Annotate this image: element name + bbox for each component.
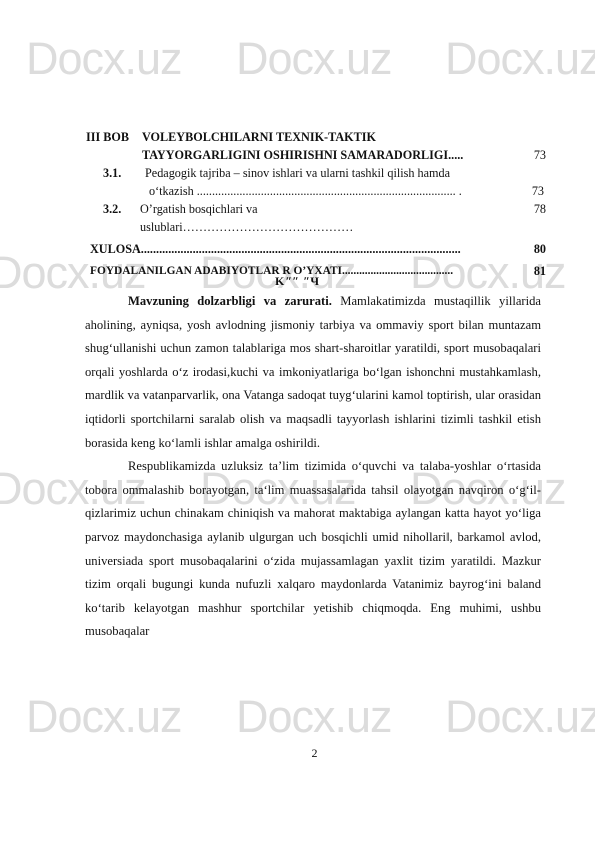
toc-page-number: 73 [532,182,544,200]
toc-section-number: 3.2. [103,200,121,218]
paragraph: Mavzuning dolzarbligi va zarurati. Mamla… [85,290,541,455]
toc-chapter-title: TAYYORGARLIGINI OSHIRISHNI SAMARADORLIGI… [142,146,463,164]
toc-page-number: 73 [534,146,546,164]
toc-section-3-2-cont[interactable]: uslublari…………………………………… [86,218,548,236]
toc-page-number: 78 [534,200,546,218]
toc-section-title: O’rgatish bosqichlari va [140,200,258,218]
paragraph-lead: Mavzuning dolzarbligi va zarurati. [128,294,332,308]
toc-section-3-1[interactable]: 3.1. Pedagogik tajriba – sinov ishlari v… [86,164,548,182]
table-of-contents: III BOB VOLEYBOLCHILARNI TEXNIK-TAKTIK T… [86,128,548,280]
page-number: 2 [0,746,595,761]
toc-page-number: 80 [534,240,546,258]
toc-section-3-1-cont[interactable]: o‘tkazish ..............................… [86,182,548,200]
toc-section-title: uslublari…………………………………… [140,218,353,236]
toc-section-title: Pedagogik tajriba – sinov ishlari va ula… [145,164,450,182]
toc-chapter-3-cont[interactable]: TAYYORGARLIGINI OSHIRISHNI SAMARADORLIGI… [86,146,548,164]
toc-conclusion[interactable]: XULOSA..................................… [86,240,548,258]
toc-section-number: 3.1. [103,164,121,182]
toc-section-title: o‘tkazish ..............................… [149,182,523,200]
paragraph: Respublikamizda uzluksiz ta’lim tizimida… [85,455,541,644]
paragraph-text: Mamlakatimizda mustaqillik yillarida aho… [85,294,541,450]
toc-section-3-2[interactable]: 3.2. O’rgatish bosqichlari va 78 [86,200,548,218]
section-heading: Kʺʺ ʺЧ [0,274,595,289]
document-page: III BOB VOLEYBOLCHILARNI TEXNIK-TAKTIK T… [0,0,595,842]
body-text: Mavzuning dolzarbligi va zarurati. Mamla… [85,290,541,644]
toc-chapter-title: VOLEYBOLCHILARNI TEXNIK-TAKTIK [142,128,376,146]
toc-conclusion-title: XULOSA..................................… [90,240,518,258]
toc-chapter-3[interactable]: III BOB VOLEYBOLCHILARNI TEXNIK-TAKTIK [86,128,548,146]
toc-chapter-label: III BOB [86,128,129,146]
